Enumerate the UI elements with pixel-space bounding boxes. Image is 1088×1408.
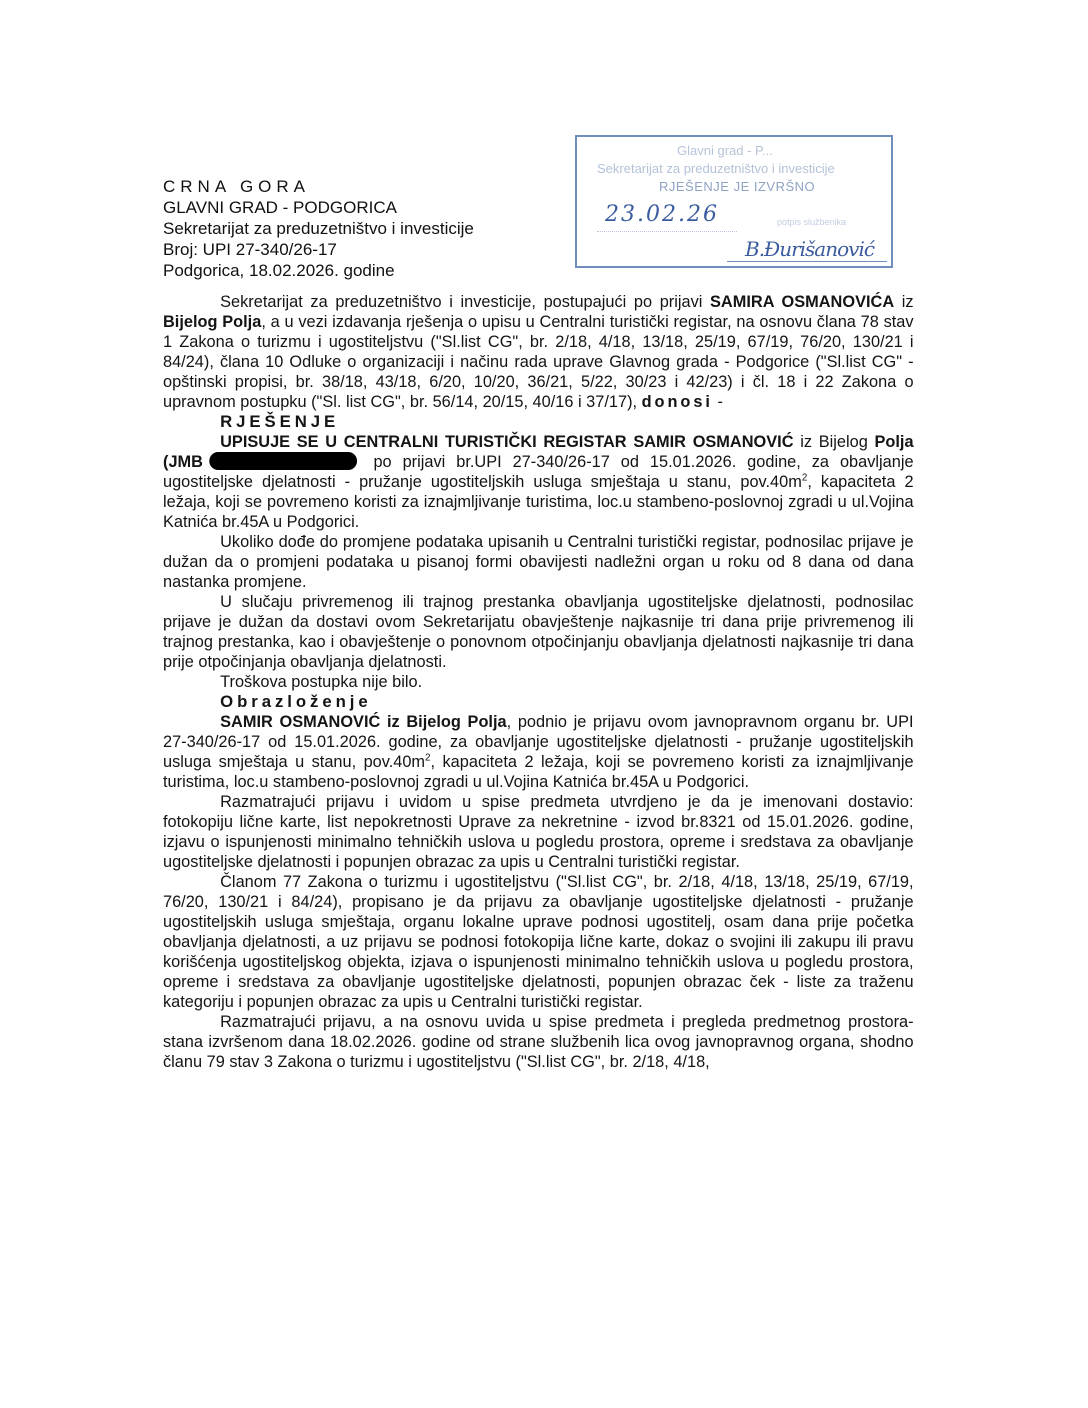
decision-paragraph-3: U slučaju privremenog ili trajnog presta… [163,592,914,672]
place-date: Podgorica, 18.02.2026. godine [163,260,474,281]
department-name: Sekretarijat za preduzetništvo i investi… [163,218,474,239]
verb-donosi: donosi [642,392,713,411]
country-name: CRNA GORA [163,176,474,197]
stamp-line-3: RJEŠENJE JE IZVRŠNO [659,179,815,194]
intro-paragraph: Sekretarijat za preduzetništvo i investi… [163,292,914,412]
document-page: CRNA GORA GLAVNI GRAD - PODGORICA Sekret… [0,0,1088,1408]
applicant-name: SAMIRA OSMANOVIĆA [710,292,894,311]
reasoning-paragraph-1: SAMIR OSMANOVIĆ iz Bijelog Polja, podnio… [163,712,914,792]
stamp-date-line [597,231,737,232]
enforceability-stamp: Glavni grad - P... Sekretarijat za predu… [575,135,893,268]
reasoning-paragraph-3: Članom 77 Zakona o turizmu i ugostiteljs… [163,872,914,1012]
reasoning-paragraph-4: Razmatrajući prijavu, a na osnovu uvida … [163,1012,914,1072]
stamp-signature-label: potpis službenika [777,217,846,227]
decision-paragraph-2: Ukoliko dođe do promjene podataka upisan… [163,532,914,592]
document-body: Sekretarijat za preduzetništvo i investi… [163,292,914,1072]
decision-paragraph-4: Troškova postupka nije bilo. [163,672,914,692]
redacted-jmb [209,452,357,470]
decision-title: RJEŠENJE [163,412,914,432]
stamp-line-2: Sekretarijat za preduzetništvo i investi… [597,161,835,176]
document-header: CRNA GORA GLAVNI GRAD - PODGORICA Sekret… [163,176,474,281]
stamp-handwritten-date: 23.02.26 [605,202,719,227]
reasoning-title: Obrazloženje [163,692,914,712]
applicant-town: Bijelog Polja [163,312,261,331]
stamp-signature: B.Đurišanović [745,237,874,261]
reasoning-paragraph-2: Razmatrajući prijavu i uvidom u spise pr… [163,792,914,872]
stamp-line-1: Glavni grad - P... [677,143,773,158]
decision-paragraph-1: UPISUJE SE U CENTRALNI TURISTIČKI REGIST… [163,432,914,532]
stamp-signature-line [727,261,887,262]
case-number: Broj: UPI 27-340/26-17 [163,239,474,260]
city-name: GLAVNI GRAD - PODGORICA [163,197,474,218]
